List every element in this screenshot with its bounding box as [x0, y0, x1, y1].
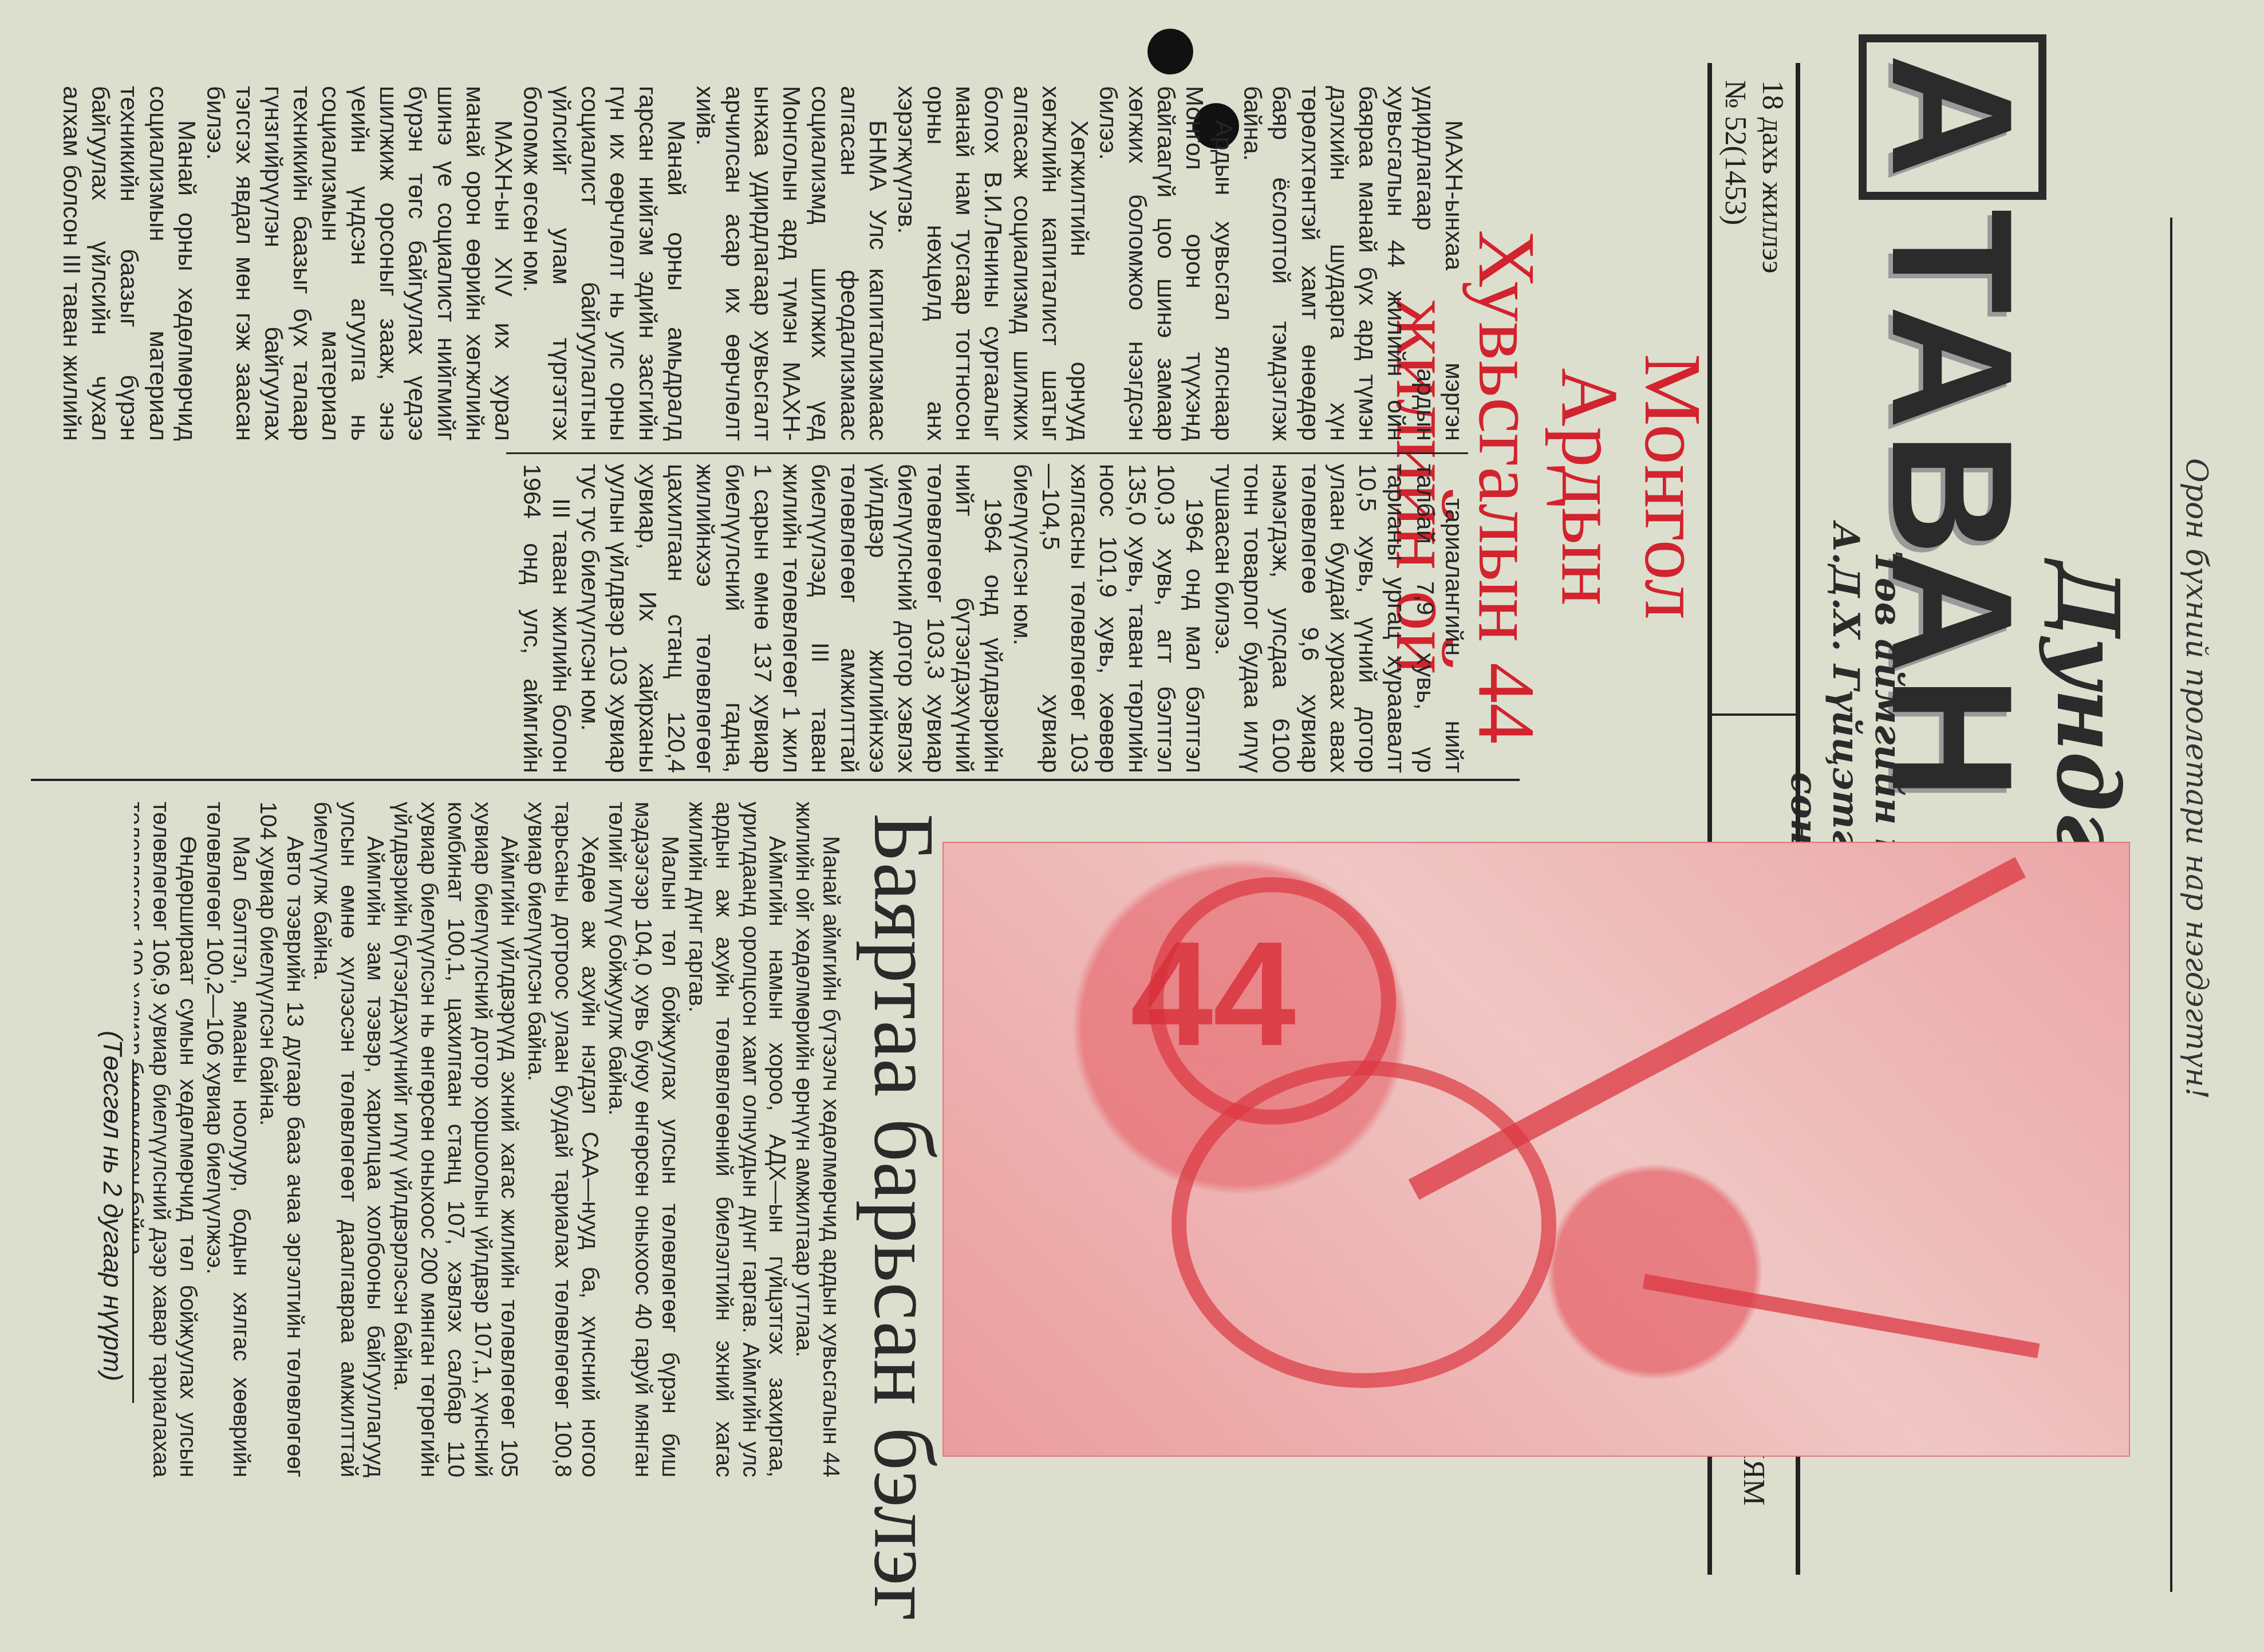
paragraph: Авто тээврийн 13 дугаар бааз ачаа эргэлт…	[254, 802, 308, 1477]
paragraph: Ардын хувьсгал ялснаар Монгол орон түүхэ…	[1094, 86, 1237, 441]
paragraph: Манай аймгийн бүтээлч хөдөлмөрчид ардын …	[790, 802, 844, 1477]
paragraph: Хөдөө аж ахуйн нэгдэл САА—нууд ба, хүнсн…	[522, 802, 602, 1477]
masthead-rule	[2170, 218, 2172, 1592]
paragraph: III таван жилийн болон 1964 онд улс, айм…	[518, 464, 575, 773]
paragraph: Аймгийн зам тээвэр, харилцаа холбооны ба…	[308, 802, 388, 1477]
gift-headline: Баяртаа барьсан бэлэг	[854, 813, 953, 1477]
section-divider	[31, 779, 1520, 781]
paragraph: МАХН-ын XIV их хурал манай орон өөрийн х…	[201, 86, 518, 441]
paragraph: Малын төл бойжуулах улсын төлөвлөгөөг бү…	[603, 802, 683, 1477]
issue-number: № 52(1453)	[1717, 80, 1754, 696]
lead-article-column-1: МАХН-ынхаа мэргэн удирдлагаар ардын хувь…	[60, 86, 1468, 441]
paragraph: Манай орны хөдөлмөрчид социализмын матер…	[60, 86, 201, 441]
issue-volume-cell: 18 дахь жиллээ № 52(1453)	[1712, 63, 1796, 713]
masthead-slogan: Орон бүхний пролетари нар нэгдэгтүн!	[2179, 458, 2214, 1099]
masthead-initial-letter: А	[1859, 34, 2046, 200]
paragraph: БНМА Улс капитализмаас алгасан феодализм…	[691, 86, 892, 441]
paragraph: Мал бэлтгэл, ямааны ноолуур, бодын хялга…	[201, 802, 255, 1477]
continued-rule	[132, 1059, 134, 1403]
lead-headline-line-1: Монгол Ардын	[1548, 229, 1714, 744]
paragraph: МАХН-ынхаа мэргэн удирдлагаар ардын хувь…	[1238, 86, 1468, 441]
gift-article-body: Манай аймгийн бүтээлч хөдөлмөрчид ардын …	[134, 802, 844, 1477]
continued-note: (Төгсгөл нь 2 дугаар нүүрт)	[97, 1031, 128, 1381]
photo-ribbon	[1643, 1274, 2040, 1358]
paragraph: Аймгийн намын хороо, АДХ—ын гүйцэтгэх за…	[683, 802, 790, 1477]
commemorative-photo: 44	[942, 842, 2130, 1457]
column-rule	[506, 452, 1468, 454]
photo-number-label: 44	[1130, 909, 1296, 1080]
paragraph: Хөгжилтийн орнууд хөгжлийн капиталист ша…	[892, 86, 1094, 441]
paragraph: Өндөршираат сумын хөдөлмөрчид төл бойжуу…	[134, 802, 201, 1477]
photo-flagpole	[1409, 857, 2026, 1200]
paragraph: 1964 онд үйлдвэрийн нийт бүтээгдэхүүний …	[575, 464, 1007, 773]
issue-volume: 18 дахь жиллээ	[1754, 80, 1791, 696]
paragraph: 1964 онд мал бэлтгэл 100,3 хувь, агт бэл…	[1007, 464, 1209, 773]
newspaper-page: Орон бүхний пролетари нар нэгдэгтүн! Дун…	[0, 0, 2264, 1652]
punch-hole	[1147, 29, 1193, 74]
lead-article-column-2: тариалангийн нийт талбай 7,9 хувь, үр та…	[518, 464, 1468, 773]
paragraph: тариалангийн нийт талбай 7,9 хувь, үр та…	[1209, 464, 1468, 773]
paragraph: Аймгийн үйлдвэрүүд эхний хагас жилийн тө…	[388, 802, 522, 1477]
lead-headline-line-2: Хувьсгалын 44	[1466, 229, 1549, 744]
paragraph: Манай орны амьдралд гарсан нийгэм эдийн …	[518, 86, 691, 441]
